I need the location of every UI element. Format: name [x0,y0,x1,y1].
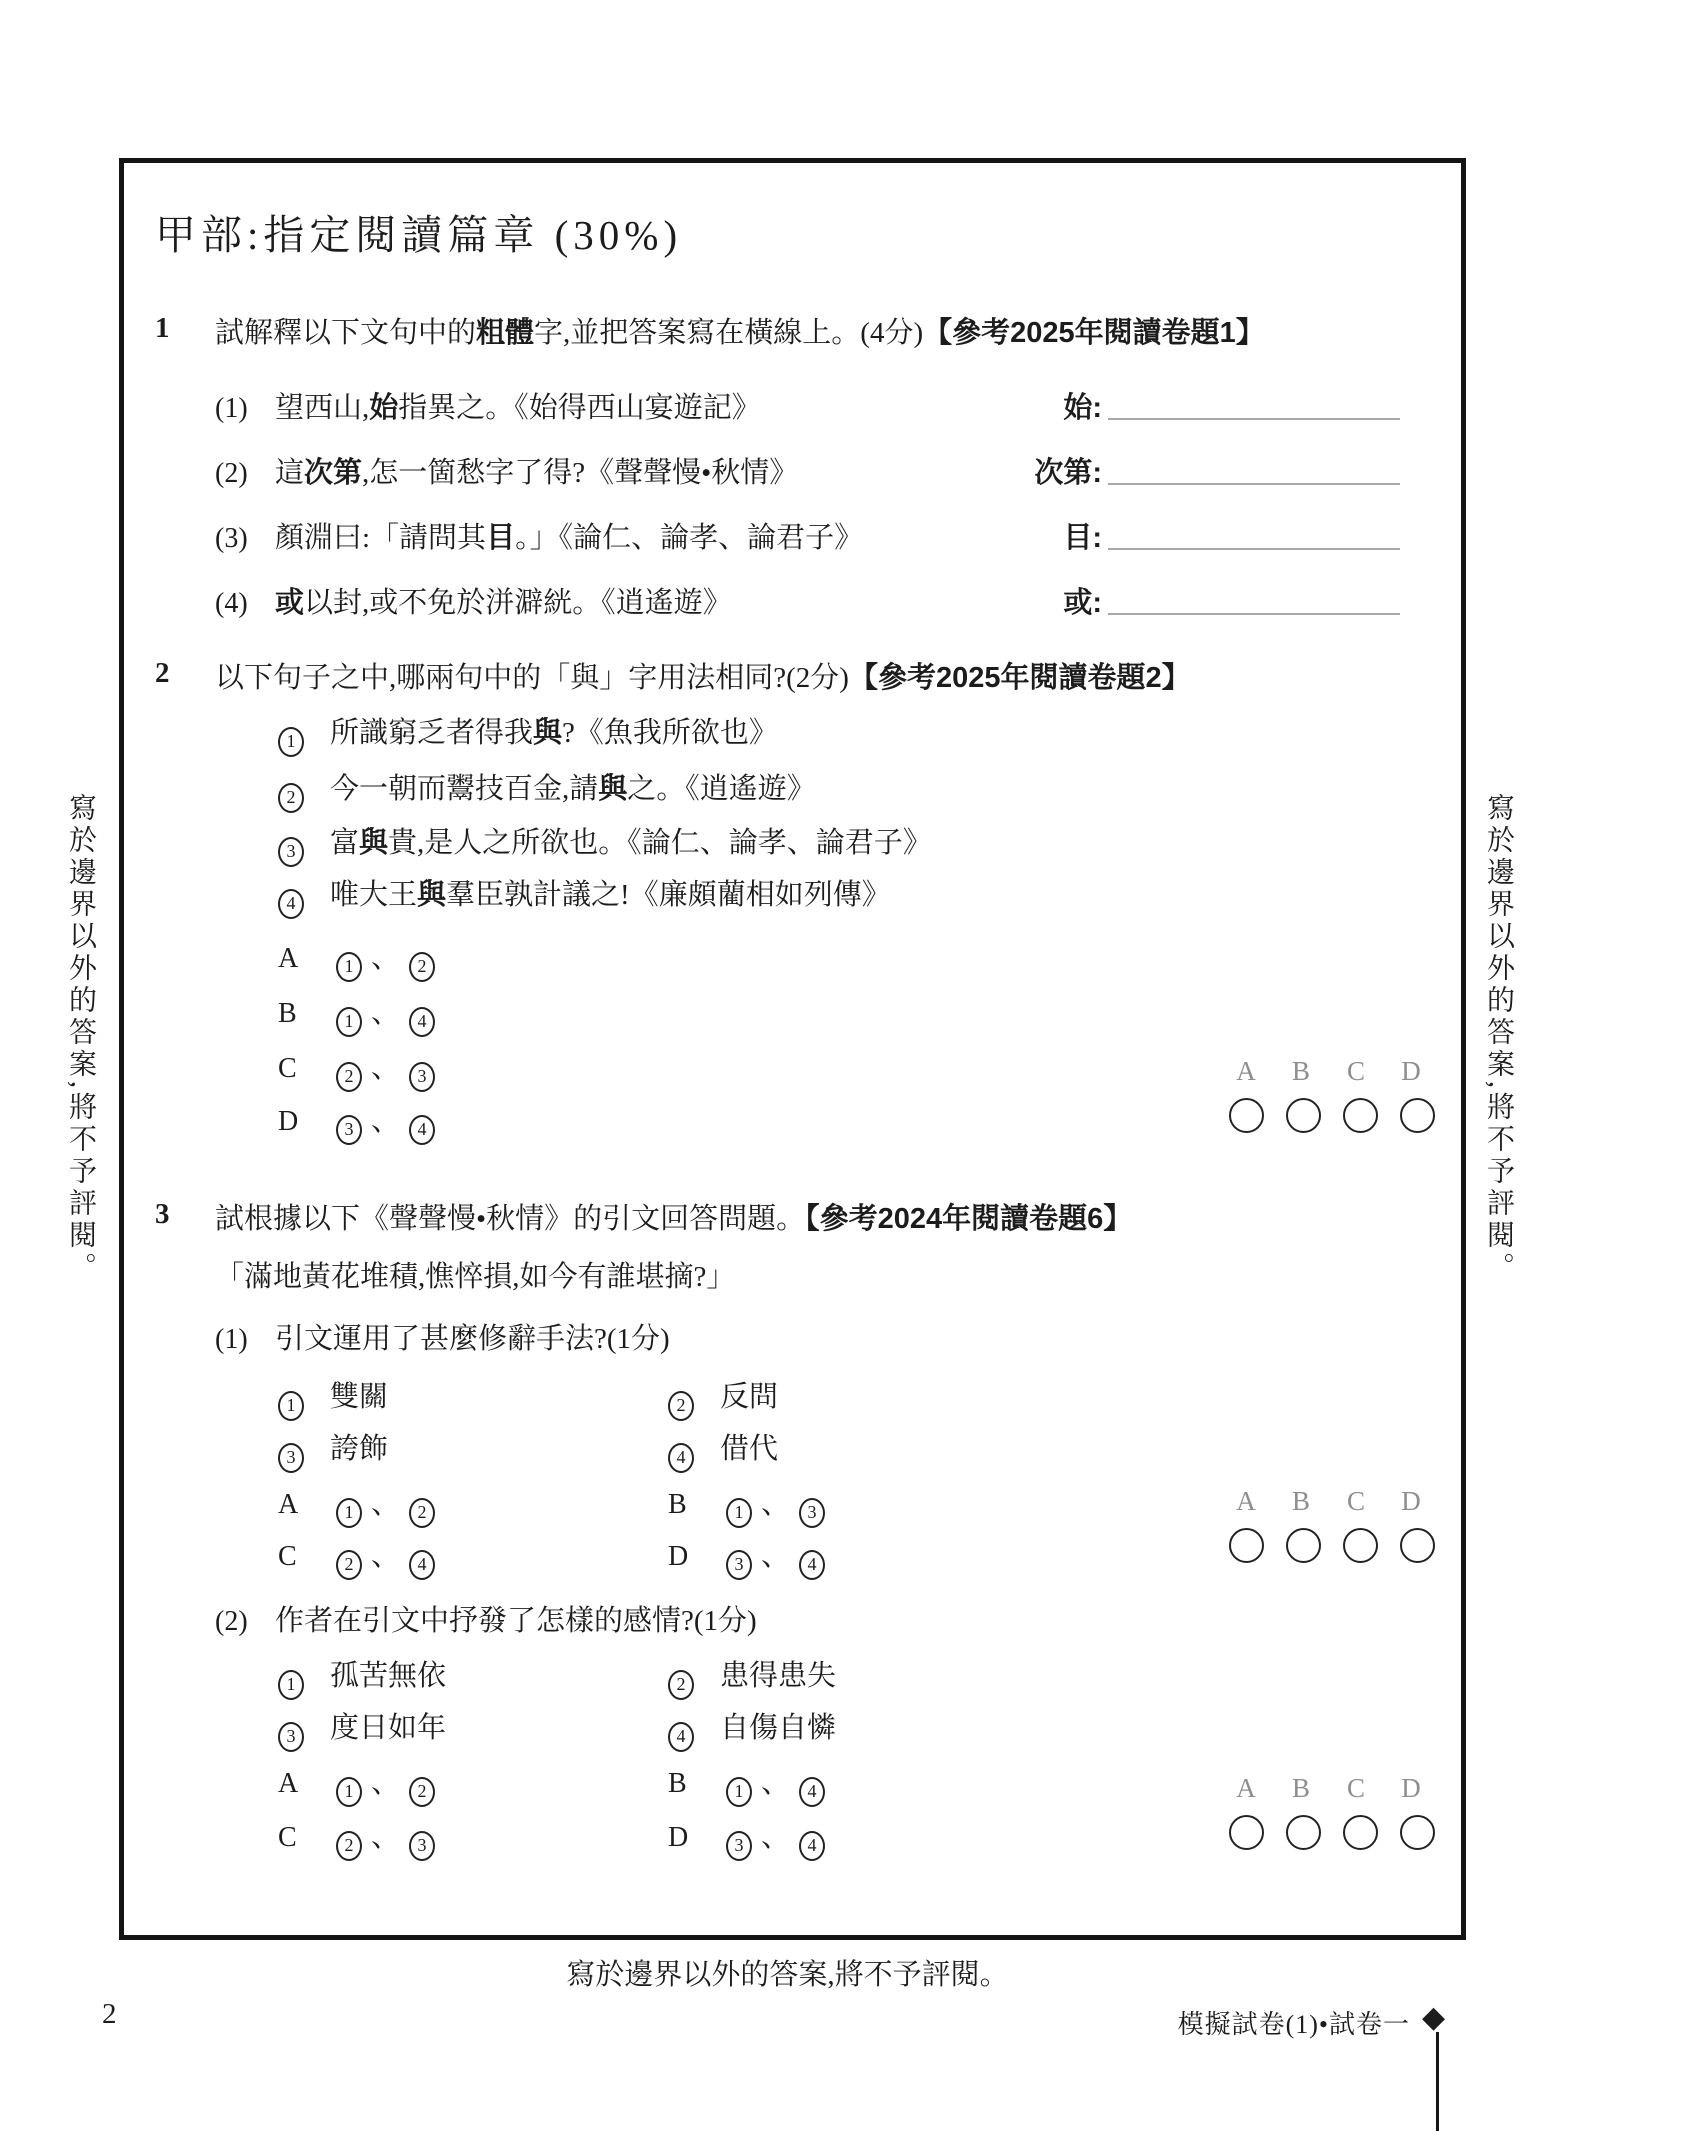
q3-sub2-choice-c: C2、3 [278,1814,435,1861]
footer-booklet: 模擬試卷(1)•試卷一 [1060,2004,1410,2041]
q2-choice-c: C2、3 [278,1045,435,1092]
side-note-left: 寫於邊界以外的答案,將不予評閱。 [60,793,100,1284]
q2-choice-a: A1、2 [278,935,435,982]
footer-diamond-icon: ◆ [1422,2000,1445,2035]
q3-sub1-choice-b: B1、3 [668,1481,825,1528]
q3-sub1-option-2: 2反問 [668,1374,778,1421]
bubble-letter-d: D [1394,1773,1428,1804]
q3-sub1: (1)引文運用了甚麼修辭手法?(1分) [215,1316,670,1357]
answer-bubbles-q3-2: ABCD [1229,1773,1457,1850]
bubble-letter-c: C [1339,1486,1373,1517]
q1-answer-line-2[interactable] [1108,483,1400,485]
bubble-circle-b[interactable] [1286,1098,1321,1133]
q3-sub2-choice-a: A1、2 [278,1760,435,1807]
page-number: 2 [102,1998,117,2031]
footer-note: 寫於邊界以外的答案,將不予評閱。 [119,1952,1456,1993]
q1-stem: 試解釋以下文句中的粗體字,並把答案寫在橫線上。(4分)【參考2025年閱讀卷題1… [215,310,1265,351]
bubble-letter-a: A [1229,1486,1263,1517]
q3-sub2-option-4: 4自傷自憐 [668,1705,836,1752]
q1-answer-line-4[interactable] [1108,613,1400,615]
bubble-circles [1229,1528,1457,1563]
q3-sub1-option-4: 4借代 [668,1426,778,1473]
answer-bubbles-q3-1: ABCD [1229,1486,1457,1563]
q2-option-1: 1所識窮乏者得我與?《魚我所欲也》 [278,710,778,757]
bubble-letter-d: D [1394,1056,1428,1087]
bubble-circle-d[interactable] [1400,1815,1435,1850]
q3-stem: 試根據以下《聲聲慢•秋情》的引文回答問題。【參考2024年閱讀卷題6】 [215,1196,1132,1237]
q2-choice-b: B1、4 [278,990,435,1037]
bubble-letter-a: A [1229,1773,1263,1804]
side-note-right: 寫於邊界以外的答案,將不予評閱。 [1478,793,1518,1284]
bubble-circle-b[interactable] [1286,1815,1321,1850]
q3-sub1-option-1: 1雙關 [278,1374,388,1421]
q3-sub1-choice-c: C2、4 [278,1533,435,1580]
bubble-circle-c[interactable] [1343,1815,1378,1850]
q1-item-1: (1)望西山,始指異之。《始得西山宴遊記》 [215,385,761,426]
bubble-letter-c: C [1339,1056,1373,1087]
q3-sub1-choice-d: D3、4 [668,1533,825,1580]
q3-sub1-option-3: 3誇飾 [278,1426,388,1473]
bubble-circles [1229,1098,1457,1133]
bubble-circles [1229,1815,1457,1850]
q2-choice-d: D3、4 [278,1098,435,1145]
q3-quote: 「滿地黃花堆積,憔悴損,如今有誰堪摘?」 [215,1254,735,1295]
q2-option-3: 3富與貴,是人之所欲也。《論仁、論孝、論君子》 [278,820,932,867]
bubble-letter-d: D [1394,1486,1428,1517]
bubble-letters: ABCD [1229,1056,1457,1087]
q3-sub2: (2)作者在引文中抒發了怎樣的感情?(1分) [215,1598,757,1639]
q2-option-2: 2今一朝而鬻技百金,請與之。《逍遙遊》 [278,766,816,813]
q1-number: 1 [155,312,170,345]
q3-sub2-option-2: 2患得患失 [668,1653,836,1700]
q3-sub2-option-3: 3度日如年 [278,1705,446,1752]
q1-item-2: (2)這次第,怎一箇愁字了得?《聲聲慢•秋情》 [215,450,798,491]
exam-page: 甲部:指定閱讀篇章 (30%) 1 試解釋以下文句中的粗體字,並把答案寫在橫線上… [0,0,1698,2131]
bubble-circle-a[interactable] [1229,1528,1264,1563]
bubble-letter-b: B [1284,1486,1318,1517]
q1-answer-line-1[interactable] [1108,418,1400,420]
bubble-circle-d[interactable] [1400,1528,1435,1563]
q2-stem: 以下句子之中,哪兩句中的「與」字用法相同?(2分)【參考2025年閱讀卷題2】 [215,655,1191,696]
bubble-letter-b: B [1284,1773,1318,1804]
q1-answer-label-3: 目: [850,515,1102,556]
q1-item-3: (3)顏淵曰:「請問其目。」《論仁、論孝、論君子》 [215,515,863,556]
bubble-circle-a[interactable] [1229,1815,1264,1850]
q3-sub2-choice-b: B1、4 [668,1760,825,1807]
bubble-circle-a[interactable] [1229,1098,1264,1133]
answer-bubbles-q2: ABCD [1229,1056,1457,1133]
bubble-circle-c[interactable] [1343,1098,1378,1133]
q1-answer-line-3[interactable] [1108,548,1400,550]
q3-sub2-option-1: 1孤苦無依 [278,1653,446,1700]
bubble-letters: ABCD [1229,1773,1457,1804]
bubble-letter-c: C [1339,1773,1373,1804]
q1-item-4: (4)或以封,或不免於洴澼絖。《逍遙遊》 [215,580,732,621]
bubble-letters: ABCD [1229,1486,1457,1517]
bubble-letter-b: B [1284,1056,1318,1087]
bubble-circle-d[interactable] [1400,1098,1435,1133]
q1-answer-label-4: 或: [850,580,1102,621]
section-title: 甲部:指定閱讀篇章 (30%) [155,202,682,261]
q3-sub1-choice-a: A1、2 [278,1481,435,1528]
q1-answer-label-2: 次第: [850,450,1102,491]
q1-answer-label-1: 始: [850,385,1102,426]
footer-rule [1436,2032,1439,2131]
bubble-circle-b[interactable] [1286,1528,1321,1563]
q2-option-4: 4唯大王與羣臣孰計議之!《廉頗藺相如列傳》 [278,872,891,919]
q3-number: 3 [155,1198,170,1231]
bubble-letter-a: A [1229,1056,1263,1087]
bubble-circle-c[interactable] [1343,1528,1378,1563]
q3-sub2-choice-d: D3、4 [668,1814,825,1861]
q2-number: 2 [155,657,170,690]
